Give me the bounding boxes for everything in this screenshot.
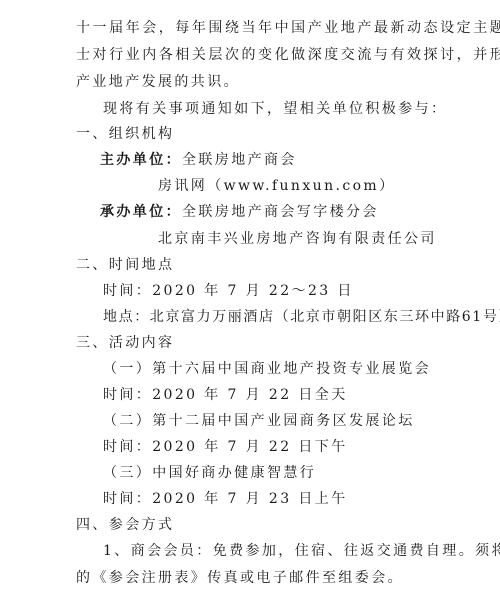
host-row: 主办单位：全联房地产商会: [100, 151, 297, 169]
activity-1-title: （一）第十六届中国商业地产投资专业展览会: [103, 360, 431, 378]
section-heading-time-place: 二、时间地点: [76, 256, 174, 274]
host-label: 主办单位：: [100, 152, 182, 168]
activity-2-title: （二）第十二届中国产业园商务区发展论坛: [103, 412, 415, 430]
event-time: 时间：2020 年 7 月 22～23 日: [103, 282, 354, 300]
activity-1-time: 时间：2020 年 7 月 22 日全天: [103, 386, 348, 404]
activity-2-time: 时间：2020 年 7 月 22 日下午: [103, 438, 348, 456]
member-line-1: 1、商会会员：免费参加，住宿、往返交通费自理。须将填写完整: [103, 542, 500, 560]
intro-line-1: 十一届年会，每年围绕当年中国产业地产最新动态设定主题，各界人: [76, 19, 500, 37]
notice-line: 现将有关事项通知如下，望相关单位积极参与：: [103, 100, 447, 118]
section-heading-participation: 四、参会方式: [76, 516, 174, 534]
organizer-1: 全联房地产商会写字楼分会: [182, 204, 379, 220]
activity-3-time: 时间：2020 年 7 月 23 日上午: [103, 490, 348, 508]
host-1: 全联房地产商会: [182, 152, 297, 168]
section-heading-org: 一、组织机构: [76, 125, 174, 143]
organizer-label: 承办单位：: [100, 204, 182, 220]
activity-3-title: （三）中国好商办健康智慧行: [103, 464, 316, 482]
organizer-row: 承办单位：全联房地产商会写字楼分会: [100, 203, 379, 221]
host-2: 房讯网（www.funxun.com）: [158, 177, 395, 195]
organizer-2: 北京南丰兴业房地产咨询有限责任公司: [158, 230, 437, 248]
event-place: 地点：北京富力万丽酒店（北京市朝阳区东三环中路61号）: [103, 308, 500, 326]
intro-line-3: 产业地产发展的共识。: [76, 73, 240, 91]
member-line-2: 的《参会注册表》传真或电子邮件至组委会。: [76, 569, 404, 587]
section-heading-activities: 三、活动内容: [76, 334, 174, 352]
intro-line-2: 士对行业内各相关层次的变化做深度交流与有效探讨，并形成对当前: [76, 46, 500, 64]
